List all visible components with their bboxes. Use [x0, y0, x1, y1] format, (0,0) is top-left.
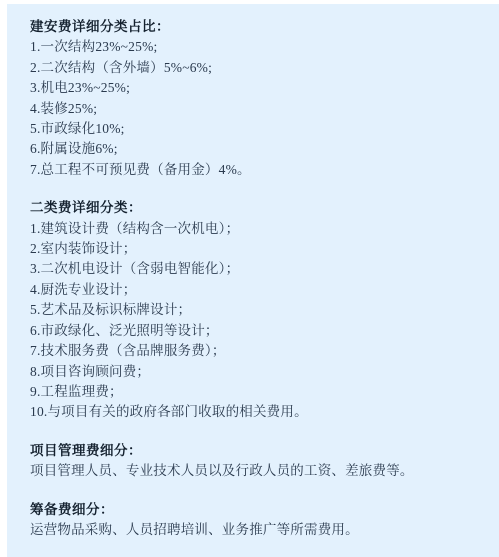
- section-heading: 建安费详细分类占比：: [30, 17, 481, 37]
- section-line: 3.二次机电设计（含弱电智能化）；: [30, 259, 481, 279]
- fee-breakdown-panel: 建安费详细分类占比： 1.一次结构23%~25%;2.二次结构（含外墙）5%~6…: [7, 4, 499, 557]
- section-line: 运营物品采购、人员招聘培训、业务推广等所需费用。: [30, 520, 481, 540]
- section-line: 项目管理人员、专业技术人员以及行政人员的工资、差旅费等。: [30, 461, 481, 481]
- section-line: 6.市政绿化、泛光照明等设计；: [30, 321, 481, 341]
- fee-section: 项目管理费细分： 项目管理人员、专业技术人员以及行政人员的工资、差旅费等。: [30, 441, 481, 482]
- section-line: 4.装修25%;: [30, 99, 481, 119]
- section-heading: 二类费详细分类：: [30, 198, 481, 218]
- section-line: 4.厨洗专业设计；: [30, 280, 481, 300]
- fee-section: 二类费详细分类： 1.建筑设计费（结构含一次机电）；2.室内装饰设计；3.二次机…: [30, 198, 481, 422]
- section-line: 10.与项目有关的政府各部门收取的相关费用。: [30, 402, 481, 422]
- section-line: 8.项目咨询顾问费；: [30, 362, 481, 382]
- section-line: 5.市政绿化10%;: [30, 119, 481, 139]
- fee-section: 建安费详细分类占比： 1.一次结构23%~25%;2.二次结构（含外墙）5%~6…: [30, 17, 481, 180]
- section-line: 7.总工程不可预见费（备用金）4%。: [30, 160, 481, 180]
- section-line: 2.二次结构（含外墙）5%~6%;: [30, 58, 481, 78]
- section-line: 1.一次结构23%~25%;: [30, 37, 481, 57]
- section-line: 6.附属设施6%;: [30, 139, 481, 159]
- section-line: 5.艺术品及标识标牌设计；: [30, 300, 481, 320]
- section-line: 1.建筑设计费（结构含一次机电）；: [30, 219, 481, 239]
- section-line: 3.机电23%~25%;: [30, 78, 481, 98]
- section-line: 2.室内装饰设计；: [30, 239, 481, 259]
- section-line: 9.工程监理费；: [30, 382, 481, 402]
- section-heading: 项目管理费细分：: [30, 441, 481, 461]
- section-line: 7.技术服务费（含品牌服务费）；: [30, 341, 481, 361]
- fee-section: 筹备费细分： 运营物品采购、人员招聘培训、业务推广等所需费用。: [30, 500, 481, 541]
- section-heading: 筹备费细分：: [30, 500, 481, 520]
